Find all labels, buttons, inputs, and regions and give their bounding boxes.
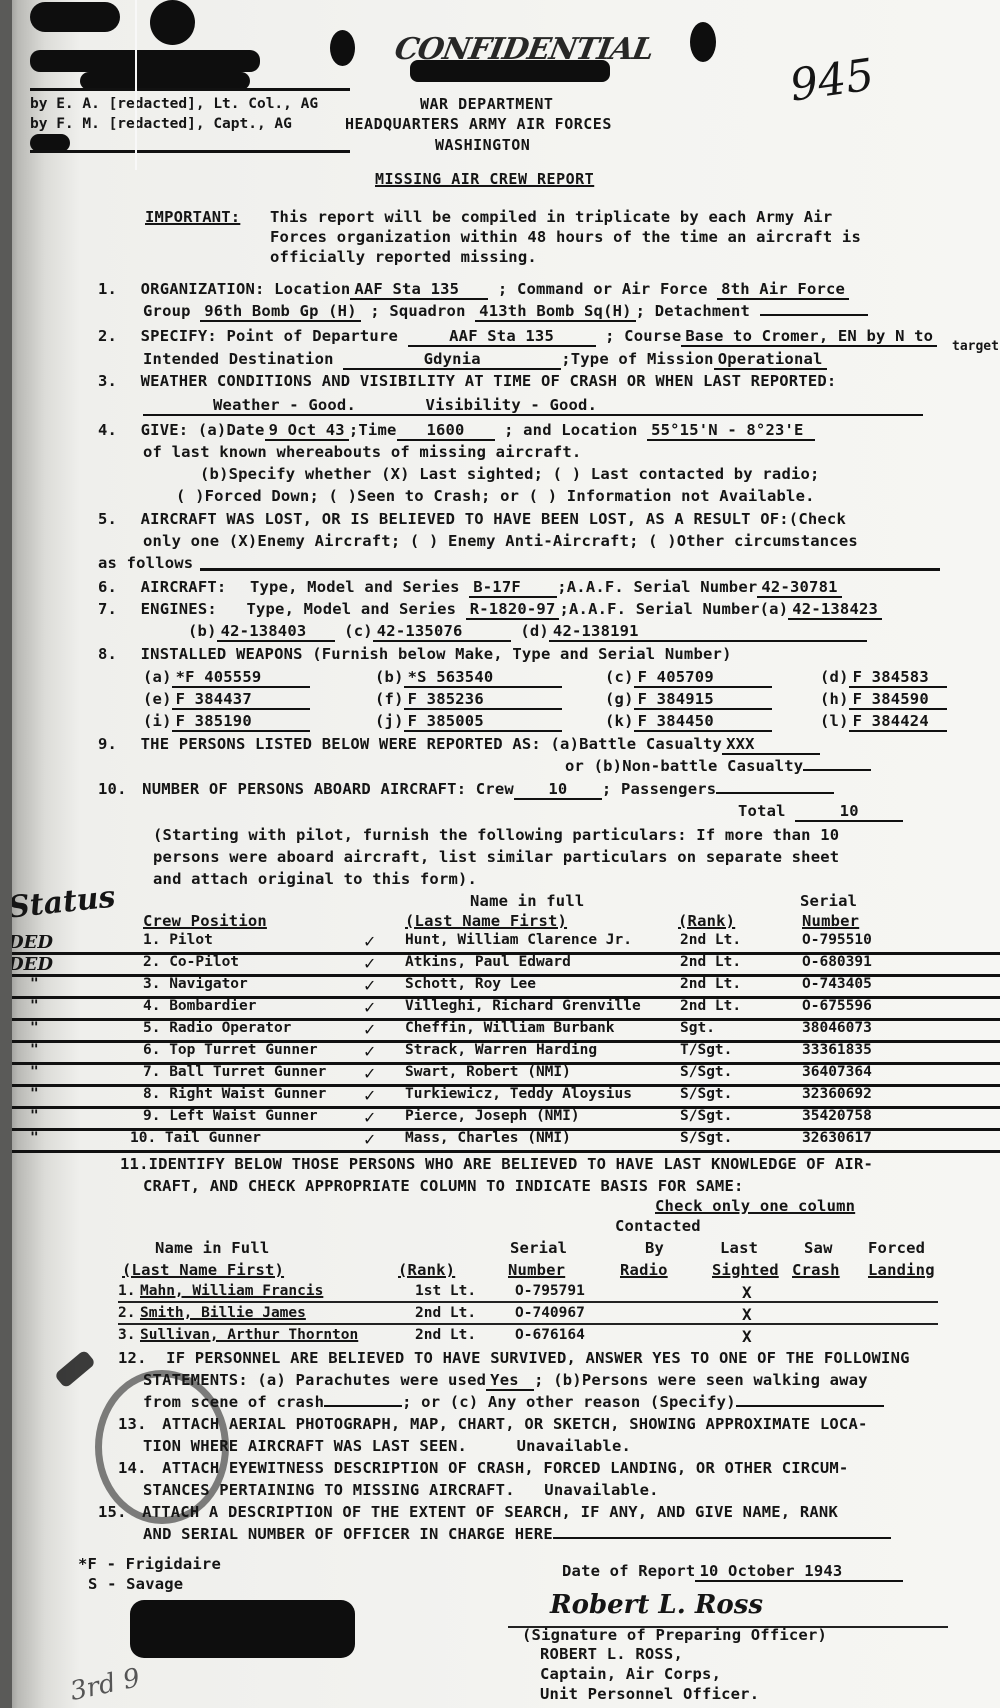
hq-title: HEADQUARTERS ARMY AIR FORCES xyxy=(345,115,612,133)
section-12-line-1: 12. IF PERSONNEL ARE BELIEVED TO HAVE SU… xyxy=(118,1349,910,1367)
section-9-line-2: or (b)Non-battle Casualty xyxy=(565,757,871,775)
section-label: AIRCRAFT: xyxy=(141,578,227,596)
section-label: ORGANIZATION: xyxy=(141,280,265,298)
section-number: 5. xyxy=(98,510,117,528)
field-label: ; Detachment xyxy=(636,302,750,320)
weapon-entry: (a)*F 405559 xyxy=(143,668,310,688)
engine-serial-c: 42-135076 xyxy=(373,622,511,642)
table-row: 2. Smith, Billie James 2nd Lt. O-740967 … xyxy=(0,1303,1000,1325)
total-count: 10 xyxy=(795,802,903,822)
section-5-line-2: only one (X)Enemy Aircraft; ( ) Enemy An… xyxy=(143,532,858,550)
rule xyxy=(200,568,940,571)
crew-count: 10 xyxy=(514,780,602,800)
field-label: Intended Destination xyxy=(143,350,334,368)
crew-header-position: Crew Position xyxy=(143,912,267,930)
section-text: ATTACH EYEWITNESS DESCRIPTION OF CRASH, … xyxy=(162,1459,848,1477)
field-label: ;Type of Mission xyxy=(561,350,714,368)
weather-value: Weather - Good. xyxy=(213,396,356,414)
section-5-line-1: 5. AIRCRAFT WAS LOST, OR IS BELIEVED TO … xyxy=(98,510,846,528)
last-sighted-mark: X xyxy=(742,1327,752,1346)
redaction-block xyxy=(30,2,120,32)
section-text: ; or (c) Any other reason (Specify) xyxy=(402,1393,736,1411)
weapon-entry: (e)F 384437 xyxy=(143,690,310,710)
field-label: ; Course xyxy=(605,327,681,345)
declass-line-1: by E. A. [redacted], Lt. Col., AG xyxy=(30,96,318,113)
visibility-value: Visibility - Good. xyxy=(426,396,598,414)
classification-stamp xyxy=(330,30,355,66)
weapon-entry: (d)F 384583 xyxy=(820,668,947,688)
header-name-top: Name in Full xyxy=(155,1239,269,1257)
date-value: 9 Oct 43 xyxy=(265,421,349,441)
weapon-entry: (g)F 384915 xyxy=(605,690,772,710)
header-serial-top: Serial xyxy=(510,1239,567,1257)
total-line: Total 10 xyxy=(738,802,903,822)
table-row: " 10. Tail Gunner ✓ Mass, Charles (NMI) … xyxy=(0,1128,1000,1153)
rule xyxy=(30,150,350,153)
date-of-report: Date of Report10 October 1943 xyxy=(562,1562,903,1582)
field-label: Point of Departure xyxy=(226,327,398,345)
section-number: 14. xyxy=(118,1459,147,1477)
section-2-line-2: Intended Destination Gdynia;Type of Miss… xyxy=(143,350,827,370)
passengers-count xyxy=(716,792,834,794)
header-contacted: Contacted xyxy=(615,1217,701,1235)
battle-casualty-value: XXX xyxy=(722,735,820,755)
section-10-note-3: and attach original to this form). xyxy=(153,870,477,888)
field-label: Group xyxy=(143,302,191,320)
section-text: ATTACH AERIAL PHOTOGRAPH, MAP, CHART, OR… xyxy=(162,1415,867,1433)
section-text: TION WHERE AIRCRAFT WAS LAST SEEN. xyxy=(143,1437,467,1455)
crew-header-serial-top: Serial xyxy=(800,892,857,910)
header-rank: (Rank) xyxy=(398,1261,455,1279)
classification-stamp-overlay xyxy=(410,60,610,82)
group-value: 96th Bomb Gp (H) xyxy=(200,302,361,322)
weapon-entry: (h)F 384590 xyxy=(820,690,947,710)
section-text: STANCES PERTAINING TO MISSING AIRCRAFT. xyxy=(143,1481,515,1499)
check-mark-icon: ✓ xyxy=(363,932,376,951)
legend-savage: S - Savage xyxy=(88,1575,183,1593)
handwritten-note: 3rd 9 xyxy=(68,1663,143,1707)
weather-line: Weather - Good. Visibility - Good. xyxy=(143,396,923,416)
check-mark-icon: ✓ xyxy=(363,1042,376,1061)
section-4: 4. GIVE: (a)Date9 Oct 43;Time1600 ; and … xyxy=(98,421,815,441)
field-label: Date of Report xyxy=(562,1562,695,1580)
check-mark-icon: ✓ xyxy=(363,1020,376,1039)
section-7: 7. ENGINES: Type, Model and Series R-182… xyxy=(98,600,882,620)
crew-header-rank: (Rank) xyxy=(678,912,735,930)
field-label: ; and Location xyxy=(504,421,637,439)
section-text: IDENTIFY BELOW THOSE PERSONS WHO ARE BEL… xyxy=(149,1155,873,1173)
section-text: STATEMENTS: (a) Parachutes were used xyxy=(143,1371,486,1389)
field-label: (a)Date xyxy=(198,421,265,439)
section-label: INSTALLED WEAPONS (Furnish below Make, T… xyxy=(141,645,732,663)
section-1-line-2: Group 96th Bomb Gp (H) ; Squadron 413th … xyxy=(143,302,868,322)
field-label: ;A.A.F. Serial Number xyxy=(557,578,757,596)
header-radio-top: By xyxy=(645,1239,664,1257)
field-label: Type, Model and Series xyxy=(246,600,456,618)
squadron-value: 413th Bomb Sq(H) xyxy=(475,302,636,322)
scan-line xyxy=(135,0,137,170)
section-answer: Unavailable. xyxy=(517,1437,631,1455)
header-landing: Landing xyxy=(868,1261,935,1279)
redaction-block xyxy=(30,50,260,72)
section-label: ENGINES: xyxy=(141,600,217,618)
crew-header-serial: Number xyxy=(802,912,859,930)
section-12-line-3: from scene of crash; or (c) Any other re… xyxy=(143,1393,884,1411)
weapon-entry: (l)F 384424 xyxy=(820,712,947,732)
section-number: 9. xyxy=(98,735,117,753)
status-handwritten: Status xyxy=(6,879,117,925)
detachment-value xyxy=(760,314,868,316)
last-sighted-mark: X xyxy=(742,1283,752,1302)
engine-type: R-1820-97 xyxy=(466,600,560,620)
handwritten-number: 945 xyxy=(787,49,877,111)
location-value: AAF Sta 135 xyxy=(350,280,488,300)
section-number: 1. xyxy=(98,280,117,298)
parachutes-value: Yes xyxy=(486,1371,534,1391)
section-number: 2. xyxy=(98,327,117,345)
section-label: WEATHER CONDITIONS AND VISIBILITY AT TIM… xyxy=(141,372,837,390)
section-8: 8. INSTALLED WEAPONS (Furnish below Make… xyxy=(98,645,732,663)
header-crash: Crash xyxy=(792,1261,840,1279)
declass-line-2: by F. M. [redacted], Capt., AG xyxy=(30,116,292,133)
section-label: SPECIFY: xyxy=(141,327,217,345)
section-text: AND SERIAL NUMBER OF OFFICER IN CHARGE H… xyxy=(143,1525,553,1543)
header-serial: Number xyxy=(508,1261,565,1279)
section-text: ; (b)Persons were seen walking away xyxy=(534,1371,868,1389)
important-line-3: officially reported missing. xyxy=(270,248,537,266)
aircraft-serial: 42-30781 xyxy=(757,578,841,598)
section-text: ATTACH A DESCRIPTION OF THE EXTENT OF SE… xyxy=(142,1503,838,1521)
important-label: IMPORTANT: xyxy=(145,208,240,226)
section-13-line-1: 13. ATTACH AERIAL PHOTOGRAPH, MAP, CHART… xyxy=(118,1415,868,1433)
field-label: ;A.A.F. Serial Number(a) xyxy=(559,600,788,618)
other-reason-value xyxy=(736,1405,884,1407)
field-label: (c) xyxy=(344,622,373,640)
crew-header-name: (Last Name First) xyxy=(405,912,567,930)
header-landing-top: Forced xyxy=(868,1239,925,1257)
section-4-line-3: (b)Specify whether (X) Last sighted; ( )… xyxy=(200,465,820,483)
stamp-mark xyxy=(54,1349,96,1389)
section-11-line-2: CRAFT, AND CHECK APPROPRIATE COLUMN TO I… xyxy=(143,1177,744,1195)
table-row: 3. Sullivan, Arthur Thornton 2nd Lt. O-6… xyxy=(0,1325,1000,1347)
section-text: AIRCRAFT WAS LOST, OR IS BELIEVED TO HAV… xyxy=(141,510,846,528)
redaction-block xyxy=(130,1600,355,1658)
check-mark-icon: ✓ xyxy=(363,998,376,1017)
last-sighted-mark: X xyxy=(742,1305,752,1324)
section-5-line-3: as follows xyxy=(98,554,193,572)
section-15-line-2: AND SERIAL NUMBER OF OFFICER IN CHARGE H… xyxy=(143,1525,891,1543)
section-13-line-2: TION WHERE AIRCRAFT WAS LAST SEEN. Unava… xyxy=(143,1437,631,1455)
weapon-entry: (c)F 405709 xyxy=(605,668,772,688)
section-4-line-2: of last known whereabouts of missing air… xyxy=(143,443,581,461)
walking-away-value xyxy=(324,1405,402,1407)
check-mark-icon: ✓ xyxy=(363,954,376,973)
city-title: WASHINGTON xyxy=(435,136,530,154)
dept-title: WAR DEPARTMENT xyxy=(420,95,553,113)
mission-value: Operational xyxy=(714,350,827,370)
important-line-1: This report will be compiled in triplica… xyxy=(270,208,832,226)
field-label: (a)Battle Casualty xyxy=(551,735,723,753)
legend-frigidaire: *F - Frigidaire xyxy=(78,1555,221,1573)
section-1: 1. ORGANIZATION: LocationAAF Sta 135 ; C… xyxy=(98,280,849,300)
location-coords: 55°15'N - 8°23'E xyxy=(647,421,815,441)
nonbattle-casualty-value xyxy=(803,769,871,771)
section-10: 10. NUMBER OF PERSONS ABOARD AIRCRAFT: C… xyxy=(98,780,834,800)
field-label: or (b)Non-battle Casualty xyxy=(565,757,803,775)
field-label: (d) xyxy=(520,622,549,640)
weapon-entry: (j)F 385005 xyxy=(375,712,562,732)
check-mark-icon: ✓ xyxy=(363,1086,376,1105)
weapon-entry: (b)*S 563540 xyxy=(375,668,562,688)
weapon-entry: (i)F 385190 xyxy=(143,712,310,732)
destination-value: Gdynia xyxy=(343,350,561,370)
section-label: THE PERSONS LISTED BELOW WERE REPORTED A… xyxy=(141,735,541,753)
weapon-entry: (k)F 384450 xyxy=(605,712,772,732)
section-number: 10. xyxy=(98,780,127,798)
section-number: 8. xyxy=(98,645,117,663)
section-14-line-1: 14. ATTACH EYEWITNESS DESCRIPTION OF CRA… xyxy=(118,1459,848,1477)
field-label: ; Squadron xyxy=(370,302,465,320)
section-4-line-4: ( )Forced Down; ( )Seen to Crash; or ( )… xyxy=(176,487,815,505)
section-6: 6. AIRCRAFT: Type, Model and Series B-17… xyxy=(98,578,842,598)
section-label: NUMBER OF PERSONS ABOARD AIRCRAFT: Crew xyxy=(142,780,514,798)
officer-rank: Captain, Air Corps, xyxy=(540,1665,721,1683)
section-text: from scene of crash xyxy=(143,1393,324,1411)
engine-serial-a: 42-138423 xyxy=(788,600,882,620)
header-sighted: Sighted xyxy=(712,1261,779,1279)
check-mark-icon: ✓ xyxy=(363,976,376,995)
header-name: (Last Name First) xyxy=(122,1261,284,1279)
field-label: Location xyxy=(274,280,350,298)
important-line-2: Forces organization within 48 hours of t… xyxy=(270,228,861,246)
scan-edge xyxy=(0,0,12,1708)
redaction-block xyxy=(150,0,195,45)
section-number: 4. xyxy=(98,421,117,439)
search-officer-value xyxy=(553,1537,891,1539)
field-label: Total xyxy=(738,802,786,820)
time-value: 1600 xyxy=(397,421,495,441)
page-title: MISSING AIR CREW REPORT xyxy=(375,170,594,188)
section-14-line-2: STANCES PERTAINING TO MISSING AIRCRAFT. … xyxy=(143,1481,659,1499)
field-label: ; Command or Air Force xyxy=(498,280,708,298)
header-sighted-top: Last xyxy=(720,1239,758,1257)
field-label: ; Passengers xyxy=(602,780,716,798)
section-2: 2. SPECIFY: Point of Departure AAF Sta 1… xyxy=(98,327,937,347)
stamp-dot xyxy=(690,22,716,62)
section-number: 13. xyxy=(118,1415,147,1433)
section-number: 12. xyxy=(118,1349,147,1367)
field-label: Type, Model and Series xyxy=(250,578,460,596)
course-value: Base to Cromer, EN by N to xyxy=(681,327,937,347)
check-mark-icon: ✓ xyxy=(363,1064,376,1083)
aircraft-type: B-17F xyxy=(469,578,557,598)
departure-value: AAF Sta 135 xyxy=(408,327,596,347)
command-value: 8th Air Force xyxy=(717,280,849,300)
report-date-value: 10 October 1943 xyxy=(695,1562,903,1582)
header-radio: Radio xyxy=(620,1261,668,1279)
section-10-note-1: (Starting with pilot, furnish the follow… xyxy=(153,826,839,844)
field-label: ;Time xyxy=(349,421,397,439)
table-row: 1. Mahn, William Francis 1st Lt. O-79579… xyxy=(0,1281,1000,1303)
engine-serial-d: 42-138191 xyxy=(549,622,867,642)
section-9: 9. THE PERSONS LISTED BELOW WERE REPORTE… xyxy=(98,735,820,755)
section-number: 7. xyxy=(98,600,117,618)
field-label: (b) xyxy=(188,622,217,640)
check-only-one-column: Check only one column xyxy=(655,1197,855,1215)
rule xyxy=(30,88,350,91)
section-15-line-1: 15. ATTACH A DESCRIPTION OF THE EXTENT O… xyxy=(98,1503,838,1521)
margin-note: target xyxy=(952,338,999,355)
signature: Robert L. Ross xyxy=(550,1590,763,1620)
section-label: GIVE: xyxy=(141,421,189,439)
section-number: 15. xyxy=(98,1503,127,1521)
section-answer: Unavailable. xyxy=(544,1481,658,1499)
section-number: 3. xyxy=(98,372,117,390)
missing-air-crew-report-page: by E. A. [redacted], Lt. Col., AG by F. … xyxy=(0,0,1000,1708)
section-text: IF PERSONNEL ARE BELIEVED TO HAVE SURVIV… xyxy=(166,1349,909,1367)
section-10-note-2: persons were aboard aircraft, list simil… xyxy=(153,848,839,866)
weapon-entry: (f)F 385236 xyxy=(375,690,562,710)
crew-header-name-top: Name in full xyxy=(470,892,584,910)
signature-caption: (Signature of Preparing Officer) xyxy=(522,1626,827,1644)
header-crash-top: Saw xyxy=(804,1239,833,1257)
officer-title: Unit Personnel Officer. xyxy=(540,1685,759,1703)
section-number: 11. xyxy=(120,1155,149,1173)
officer-name: ROBERT L. ROSS, xyxy=(540,1645,683,1663)
section-11-line-1: 11.IDENTIFY BELOW THOSE PERSONS WHO ARE … xyxy=(120,1155,873,1173)
check-mark-icon: ✓ xyxy=(363,1130,376,1149)
section-12-line-2: STATEMENTS: (a) Parachutes were usedYes;… xyxy=(143,1371,868,1391)
engine-serial-b: 42-138403 xyxy=(217,622,335,642)
section-3: 3. WEATHER CONDITIONS AND VISIBILITY AT … xyxy=(98,372,836,390)
check-mark-icon: ✓ xyxy=(363,1108,376,1127)
section-number: 6. xyxy=(98,578,117,596)
section-7-line-2: (b)42-138403 (c)42-135076 (d)42-138191 xyxy=(98,622,867,642)
